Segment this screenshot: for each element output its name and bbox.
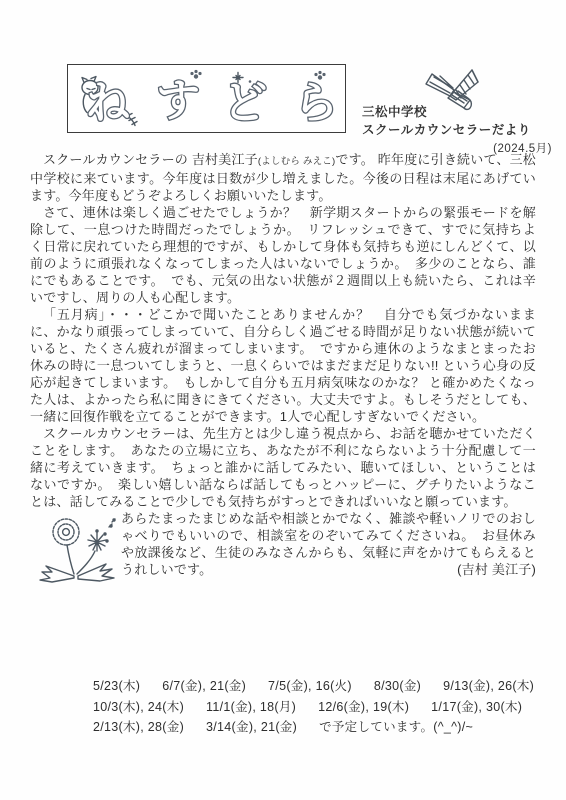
dandelion-leaves xyxy=(40,564,114,582)
paragraph-greeting: スクールカウンセラーの 吉村美江子(よしむら みえこ)です。 昨年度に引き続いて… xyxy=(30,151,536,204)
newsletter-title-art: ね す ど ら xyxy=(68,65,345,132)
schedule-item: 6/7(金), 21(金) xyxy=(162,678,246,694)
school-name: 三松中学校 xyxy=(362,103,552,121)
paragraph-counselor-role: スクールカウンセラーは、先生方とは少し違う視点から、お話を聴かせていただくことを… xyxy=(30,425,536,510)
newsletter-page: ね す ど ら xyxy=(0,0,566,800)
furigana: (よしむら みえこ) xyxy=(258,156,336,167)
schedule-item: 2/13(木), 28(金) xyxy=(93,719,184,735)
newsletter-title-box: ね す ど ら xyxy=(67,64,346,133)
schedule-item: 3/14(金), 21(金) xyxy=(206,719,297,735)
school-block: 三松中学校 スクールカウンセラーだより xyxy=(362,103,552,139)
closing-block: あらたまったまじめな話や相談とかでなく、雑談や軽いノリでのおしゃべりでもいいので… xyxy=(36,510,536,588)
schedule-item: 10/3(木), 24(木) xyxy=(93,699,184,715)
schedule-item: 1/17(金), 30(木) xyxy=(431,699,522,715)
seed-puff xyxy=(88,519,115,551)
counselor-name: スクールカウンセラーの 吉村美江子 xyxy=(43,152,258,167)
schedule-item: 5/23(木) xyxy=(93,678,140,694)
schedule-closing-note: で予定しています。(^_^)/~ xyxy=(319,719,473,735)
paragraph-may-sickness: 「五月病」・・・どこかで聞いたことありませんか？ 自分でも気づかないままに、かな… xyxy=(30,306,536,425)
schedule-row: 10/3(木), 24(木) 11/1(金), 18(月) 12/6(金), 1… xyxy=(93,699,543,715)
letter-body: スクールカウンセラーの 吉村美江子(よしむら みえこ)です。 昨年度に引き続いて… xyxy=(30,151,536,588)
title-letter-ne: ね xyxy=(86,79,130,128)
title-letter-ra: ら xyxy=(294,79,338,128)
schedule-item: 11/1(金), 18(月) xyxy=(206,699,296,715)
schedule-block: 5/23(木) 6/7(金), 21(金) 7/5(金), 16(火) 8/30… xyxy=(93,678,543,740)
title-letter-su: す xyxy=(156,77,200,126)
paragraph-holidays: さて、連休は楽しく過ごせたでしょうか？ 新学期スタートからの緊張モードを解除して… xyxy=(30,204,536,306)
title-letter-do: ど xyxy=(223,79,267,128)
newsletter-name: スクールカウンセラーだより xyxy=(362,121,552,139)
schedule-item: 8/30(金) xyxy=(374,678,421,694)
schedule-item: 9/13(金), 26(木) xyxy=(443,678,534,694)
schedule-item: 12/6(金), 19(木) xyxy=(318,699,409,715)
schedule-item: 7/5(金), 16(火) xyxy=(268,678,352,694)
dandelion-illustration xyxy=(36,512,118,588)
closing-text: あらたまったまじめな話や相談とかでなく、雑談や軽いノリでのおしゃべりでもいいので… xyxy=(121,510,536,578)
schedule-row: 5/23(木) 6/7(金), 21(金) 7/5(金), 16(火) 8/30… xyxy=(93,678,543,694)
schedule-row: 2/13(木), 28(金) 3/14(金), 21(金) で予定しています。(… xyxy=(93,719,543,735)
